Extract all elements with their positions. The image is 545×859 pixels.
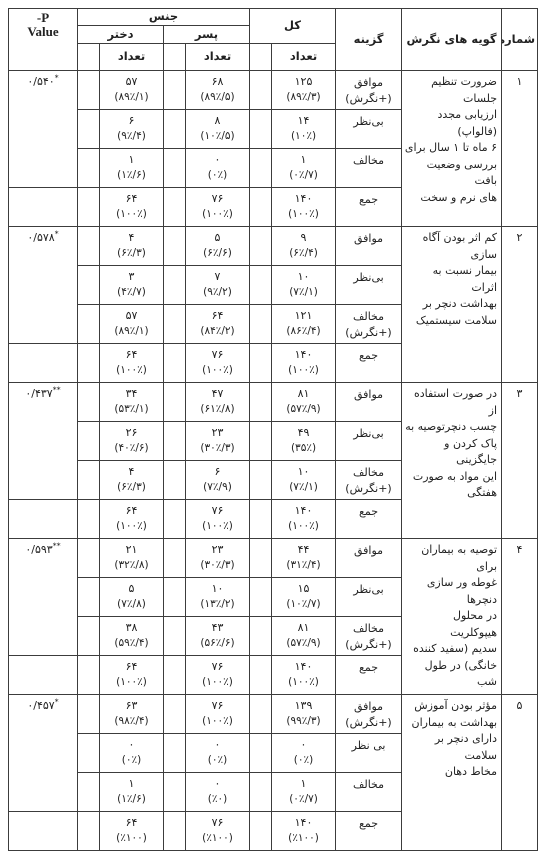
count-value: ۶ bbox=[188, 465, 247, 480]
p-value-cell: ۰/۵۹۳** bbox=[9, 539, 78, 656]
percent-value: (٪۱۰۰) bbox=[274, 831, 333, 845]
col-header-total-count: تعداد bbox=[272, 44, 336, 71]
percent-value: (۱۰۰٪) bbox=[102, 207, 161, 221]
count-value: ۲۱ bbox=[102, 543, 161, 558]
count-value: ۰ bbox=[188, 153, 247, 168]
percent-value: (۰٪) bbox=[188, 753, 247, 767]
percent-value: (۱۰۰٪) bbox=[102, 363, 161, 377]
count-value: ۱۴ bbox=[274, 114, 333, 129]
p-value: ۰/۵۴۰ bbox=[27, 75, 54, 88]
statement-number: ۴ bbox=[502, 539, 538, 695]
option-label: بی‌نظر bbox=[336, 422, 402, 461]
empty-cell bbox=[164, 383, 186, 422]
count-value: ۳۸ bbox=[102, 621, 161, 636]
empty-cell bbox=[78, 656, 100, 695]
total-count-cell: ۱۴۰(۱۰۰٪) bbox=[272, 344, 336, 383]
col-header-option: گزینه bbox=[336, 9, 402, 71]
count-value: ۵ bbox=[188, 231, 247, 246]
girl-count-cell: ۶۴(۱۰۰٪) bbox=[100, 188, 164, 227]
percent-value: (۱۰۰٪) bbox=[274, 675, 333, 689]
option-label: جمع bbox=[336, 656, 402, 695]
boy-count-cell: ۴۷(۶۱٪/۸) bbox=[186, 383, 250, 422]
percent-value: (۰٪/۷) bbox=[274, 792, 333, 806]
percent-value: (۸۹٪/۱) bbox=[102, 324, 161, 338]
boy-count-cell: ۶۸(۸۹٪/۵) bbox=[186, 71, 250, 110]
count-value: ۱ bbox=[102, 153, 161, 168]
p-value-empty-cell bbox=[9, 500, 78, 539]
total-count-cell: ۹(۶٪/۴) bbox=[272, 227, 336, 266]
p-value-cell: ۰/۴۳۷** bbox=[9, 383, 78, 500]
empty-cell bbox=[78, 188, 100, 227]
percent-value: (۷٪/۸) bbox=[102, 597, 161, 611]
count-value: ۱۴۰ bbox=[274, 192, 333, 207]
empty-cell bbox=[78, 71, 100, 110]
percent-value: (۱۰۰٪) bbox=[274, 519, 333, 533]
empty-cell bbox=[164, 695, 186, 734]
total-count-cell: ۱۰(۷٪/۱) bbox=[272, 461, 336, 500]
empty-cell bbox=[78, 266, 100, 305]
percent-value: (۶٪/۳) bbox=[102, 480, 161, 494]
empty-cell bbox=[78, 578, 100, 617]
percent-value: (۱۰۰٪) bbox=[188, 675, 247, 689]
p-value: ۰/۴۵۷ bbox=[27, 699, 54, 712]
girl-count-cell: ۱(۱٪/۶) bbox=[100, 149, 164, 188]
percent-value: (۱۰۰٪) bbox=[102, 519, 161, 533]
girl-count-cell: ۱(۱٪/۶) bbox=[100, 773, 164, 812]
percent-value: (۱۰٪) bbox=[274, 129, 333, 143]
percent-value: (۷٪/۹) bbox=[188, 480, 247, 494]
empty-cell bbox=[250, 656, 272, 695]
percent-value: (۴٪/۷) bbox=[102, 285, 161, 299]
empty-cell bbox=[78, 539, 100, 578]
p-value-empty-cell bbox=[9, 344, 78, 383]
empty-cell bbox=[250, 344, 272, 383]
count-value: ۰ bbox=[274, 738, 333, 753]
table-header: شماره گویه های نگرش گزینه کل جنس P- Valu… bbox=[9, 9, 538, 71]
count-value: ۳۴ bbox=[102, 387, 161, 402]
empty-cell bbox=[164, 539, 186, 578]
percent-value: (۱۰۰٪) bbox=[188, 714, 247, 728]
boy-count-cell: ۷۶(۱۰۰٪) bbox=[186, 695, 250, 734]
count-value: ۲۳ bbox=[188, 543, 247, 558]
boy-count-cell: ۰(۰٪) bbox=[186, 149, 250, 188]
empty-cell bbox=[78, 149, 100, 188]
option-label: جمع bbox=[336, 344, 402, 383]
count-value: ۴۳ bbox=[188, 621, 247, 636]
percent-value: (۱٪/۶) bbox=[102, 168, 161, 182]
option-label: مخالف (نگرش+) bbox=[336, 617, 402, 656]
count-value: ۶۴ bbox=[102, 192, 161, 207]
empty-cell bbox=[164, 227, 186, 266]
count-value: ۱ bbox=[274, 777, 333, 792]
girl-count-cell: ۵(۷٪/۸) bbox=[100, 578, 164, 617]
statement-text: کم اثر بودن آگاه سازی بیمار نسبت به اثرا… bbox=[402, 227, 502, 383]
count-value: ۲۳ bbox=[188, 426, 247, 441]
boy-count-cell: ۷۶(۱۰۰٪) bbox=[186, 500, 250, 539]
count-value: ۶۴ bbox=[102, 816, 161, 831]
statement-text: ضرورت تنظیم جلسات ارزیابی مجدد (فالواپ) … bbox=[402, 71, 502, 227]
empty-cell bbox=[78, 227, 100, 266]
empty-cell bbox=[250, 383, 272, 422]
empty-header-cell bbox=[164, 44, 186, 71]
total-count-cell: ۱(۰٪/۷) bbox=[272, 773, 336, 812]
boy-count-cell: ۷۶(۱۰۰٪) bbox=[186, 344, 250, 383]
empty-cell bbox=[78, 734, 100, 773]
empty-cell bbox=[250, 812, 272, 851]
girl-count-cell: ۴(۶٪/۳) bbox=[100, 227, 164, 266]
option-label: موافق (نگرش+) bbox=[336, 695, 402, 734]
percent-value: (۱۰٪/۷) bbox=[274, 597, 333, 611]
count-value: ۱۲۱ bbox=[274, 309, 333, 324]
percent-value: (۴۰٪/۶) bbox=[102, 441, 161, 455]
total-count-cell: ۱۳۹(۹۹٪/۳) bbox=[272, 695, 336, 734]
girl-count-cell: ۳(۴٪/۷) bbox=[100, 266, 164, 305]
count-value: ۷۶ bbox=[188, 504, 247, 519]
percent-value: (۳۵٪) bbox=[274, 441, 333, 455]
table-row-agree: ۲ کم اثر بودن آگاه سازی بیمار نسبت به اث… bbox=[9, 227, 538, 266]
percent-value: (٪۱۰۰) bbox=[188, 831, 247, 845]
page: { "meta": { "background": "#ffffff", "te… bbox=[0, 0, 545, 859]
empty-cell bbox=[250, 617, 272, 656]
empty-cell bbox=[78, 500, 100, 539]
col-header-boy: پسر bbox=[164, 26, 250, 44]
percent-value: (۸۹٪/۵) bbox=[188, 90, 247, 104]
total-count-cell: ۱۴۰(٪۱۰۰) bbox=[272, 812, 336, 851]
table-body: ۱ ضرورت تنظیم جلسات ارزیابی مجدد (فالواپ… bbox=[9, 71, 538, 851]
empty-cell bbox=[164, 617, 186, 656]
percent-value: (۹۹٪/۳) bbox=[274, 714, 333, 728]
empty-cell bbox=[78, 695, 100, 734]
percent-value: (۱۰۰٪) bbox=[274, 363, 333, 377]
col-header-statement: گویه های نگرش bbox=[402, 9, 502, 71]
count-value: ۱۴۰ bbox=[274, 816, 333, 831]
percent-value: (۶۱٪/۸) bbox=[188, 402, 247, 416]
total-count-cell: ۸۱(۵۷٪/۹) bbox=[272, 383, 336, 422]
girl-count-cell: ۶۴(۱۰۰٪) bbox=[100, 656, 164, 695]
count-value: ۶۴ bbox=[102, 348, 161, 363]
percent-value: (۹٪/۲) bbox=[188, 285, 247, 299]
empty-cell bbox=[250, 461, 272, 500]
empty-cell bbox=[250, 500, 272, 539]
option-label: مخالف (نگرش+) bbox=[336, 461, 402, 500]
percent-value: (۳۱٪/۴) bbox=[274, 558, 333, 572]
p-value-stars: * bbox=[55, 697, 59, 706]
count-value: ۴۹ bbox=[274, 426, 333, 441]
percent-value: (۶٪/۳) bbox=[102, 246, 161, 260]
count-value: ۲۶ bbox=[102, 426, 161, 441]
empty-cell bbox=[164, 305, 186, 344]
boy-count-cell: ۷۶(۱۰۰٪) bbox=[186, 188, 250, 227]
p-value-empty-cell bbox=[9, 812, 78, 851]
empty-cell bbox=[250, 266, 272, 305]
statement-text: در صورت استفاده از چسب دنچرتوصیه به پاک … bbox=[402, 383, 502, 539]
total-count-cell: ۱۲۵(۸۹٪/۳) bbox=[272, 71, 336, 110]
count-value: ۱۰ bbox=[274, 465, 333, 480]
count-value: ۱۴۰ bbox=[274, 660, 333, 675]
empty-cell bbox=[164, 110, 186, 149]
option-label: مخالف (نگرش+) bbox=[336, 305, 402, 344]
empty-cell bbox=[164, 266, 186, 305]
option-label: جمع bbox=[336, 500, 402, 539]
boy-count-cell: ۲۳(۳۰٪/۳) bbox=[186, 539, 250, 578]
percent-value: (۷٪/۱) bbox=[274, 285, 333, 299]
option-label: موافق bbox=[336, 539, 402, 578]
statement-text: مؤثر بودن آموزش بهداشت به بیماران دارای … bbox=[402, 695, 502, 851]
girl-count-cell: ۲۶(۴۰٪/۶) bbox=[100, 422, 164, 461]
total-count-cell: ۱۴۰(۱۰۰٪) bbox=[272, 656, 336, 695]
boy-count-cell: ۶(۷٪/۹) bbox=[186, 461, 250, 500]
statement-text: توصیه به بیماران برای غوطه ور سازی دنچره… bbox=[402, 539, 502, 695]
col-header-girl: دختر bbox=[78, 26, 164, 44]
boy-count-cell: ۷(۹٪/۲) bbox=[186, 266, 250, 305]
empty-cell bbox=[78, 461, 100, 500]
percent-value: (۵۷٪/۹) bbox=[274, 636, 333, 650]
empty-cell bbox=[78, 812, 100, 851]
percent-value: (۱٪/۶) bbox=[102, 792, 161, 806]
girl-count-cell: ۵۷(۸۹٪/۱) bbox=[100, 305, 164, 344]
count-value: ۱۳۹ bbox=[274, 699, 333, 714]
empty-cell bbox=[250, 188, 272, 227]
percent-value: (۹۸٪/۴) bbox=[102, 714, 161, 728]
empty-cell bbox=[78, 617, 100, 656]
statement-number: ۱ bbox=[502, 71, 538, 227]
percent-value: (۸۹٪/۱) bbox=[102, 90, 161, 104]
boy-count-cell: ۰(٪۰) bbox=[186, 773, 250, 812]
percent-value: (٪۱۰۰) bbox=[102, 831, 161, 845]
count-value: ۷۶ bbox=[188, 699, 247, 714]
table-row-agree: ۳ در صورت استفاده از چسب دنچرتوصیه به پا… bbox=[9, 383, 538, 422]
header-row-1: شماره گویه های نگرش گزینه کل جنس P- Valu… bbox=[9, 9, 538, 26]
empty-cell bbox=[78, 110, 100, 149]
percent-value: (۱۰۰٪) bbox=[102, 675, 161, 689]
percent-value: (۹٪/۴) bbox=[102, 129, 161, 143]
col-header-number: شماره bbox=[502, 9, 538, 71]
pvalue-header-line1: P- bbox=[11, 11, 75, 25]
empty-cell bbox=[164, 773, 186, 812]
total-count-cell: ۴۹(۳۵٪) bbox=[272, 422, 336, 461]
boy-count-cell: ۱۰(۱۳٪/۲) bbox=[186, 578, 250, 617]
empty-cell bbox=[164, 734, 186, 773]
empty-cell bbox=[250, 773, 272, 812]
option-label: موافق (نگرش+) bbox=[336, 71, 402, 110]
count-value: ۳ bbox=[102, 270, 161, 285]
empty-cell bbox=[78, 383, 100, 422]
p-value-cell: ۰/۴۵۷* bbox=[9, 695, 78, 812]
girl-count-cell: ۶۴(۱۰۰٪) bbox=[100, 344, 164, 383]
count-value: ۴۷ bbox=[188, 387, 247, 402]
total-count-cell: ۱۰(۷٪/۱) bbox=[272, 266, 336, 305]
table-row-agree: ۱ ضرورت تنظیم جلسات ارزیابی مجدد (فالواپ… bbox=[9, 71, 538, 110]
percent-value: (۶٪/۶) bbox=[188, 246, 247, 260]
empty-cell bbox=[250, 539, 272, 578]
percent-value: (۱۰۰٪) bbox=[188, 207, 247, 221]
count-value: ۰ bbox=[188, 738, 247, 753]
table-row-agree: ۴ توصیه به بیماران برای غوطه ور سازی دنچ… bbox=[9, 539, 538, 578]
count-value: ۷۶ bbox=[188, 348, 247, 363]
count-value: ۶۸ bbox=[188, 75, 247, 90]
empty-cell bbox=[250, 227, 272, 266]
table-row-agree: ۵ مؤثر بودن آموزش بهداشت به بیماران دارا… bbox=[9, 695, 538, 734]
empty-cell bbox=[164, 344, 186, 383]
count-value: ۷۶ bbox=[188, 192, 247, 207]
percent-value: (۳۰٪/۳) bbox=[188, 441, 247, 455]
option-label: جمع bbox=[336, 812, 402, 851]
p-value: ۰/۴۳۷ bbox=[25, 387, 52, 400]
count-value: ۴ bbox=[102, 231, 161, 246]
count-value: ۱۰ bbox=[274, 270, 333, 285]
col-header-boy-count: تعداد bbox=[186, 44, 250, 71]
girl-count-cell: ۶۴(۱۰۰٪) bbox=[100, 500, 164, 539]
empty-cell bbox=[78, 773, 100, 812]
count-value: ۱۰ bbox=[188, 582, 247, 597]
option-label: بی‌نظر bbox=[336, 578, 402, 617]
empty-cell bbox=[250, 305, 272, 344]
count-value: ۵۷ bbox=[102, 75, 161, 90]
p-value: ۰/۵۹۳ bbox=[25, 543, 52, 556]
count-value: ۶۴ bbox=[188, 309, 247, 324]
percent-value: (۵۷٪/۹) bbox=[274, 402, 333, 416]
col-header-pvalue: P- Value bbox=[9, 9, 78, 71]
total-count-cell: ۱۴(۱۰٪) bbox=[272, 110, 336, 149]
count-value: ۸۱ bbox=[274, 621, 333, 636]
count-value: ۱۲۵ bbox=[274, 75, 333, 90]
option-label: مخالف bbox=[336, 149, 402, 188]
percent-value: (۶٪/۴) bbox=[274, 246, 333, 260]
count-value: ۹ bbox=[274, 231, 333, 246]
boy-count-cell: ۰(۰٪) bbox=[186, 734, 250, 773]
p-value: ۰/۵۷۸ bbox=[27, 231, 54, 244]
option-label: موافق bbox=[336, 227, 402, 266]
total-count-cell: ۱۵(۱۰٪/۷) bbox=[272, 578, 336, 617]
percent-value: (۰٪) bbox=[188, 168, 247, 182]
girl-count-cell: ۳۴(۵۳٪/۱) bbox=[100, 383, 164, 422]
count-value: ۴۴ bbox=[274, 543, 333, 558]
percent-value: (۰٪/۷) bbox=[274, 168, 333, 182]
empty-cell bbox=[250, 422, 272, 461]
count-value: ۵ bbox=[102, 582, 161, 597]
boy-count-cell: ۲۳(۳۰٪/۳) bbox=[186, 422, 250, 461]
percent-value: (۸۶٪/۴) bbox=[274, 324, 333, 338]
percent-value: (۸۴٪/۲) bbox=[188, 324, 247, 338]
percent-value: (۵۶٪/۶) bbox=[188, 636, 247, 650]
girl-count-cell: ۰(۰٪) bbox=[100, 734, 164, 773]
option-label: جمع bbox=[336, 188, 402, 227]
count-value: ۷۶ bbox=[188, 660, 247, 675]
percent-value: (۰٪) bbox=[274, 753, 333, 767]
empty-cell bbox=[164, 500, 186, 539]
count-value: ۱ bbox=[102, 777, 161, 792]
empty-cell bbox=[78, 422, 100, 461]
boy-count-cell: ۵(۶٪/۶) bbox=[186, 227, 250, 266]
empty-cell bbox=[250, 110, 272, 149]
p-value-stars: * bbox=[55, 229, 59, 238]
total-count-cell: ۰(۰٪) bbox=[272, 734, 336, 773]
boy-count-cell: ۷۶(٪۱۰۰) bbox=[186, 812, 250, 851]
total-count-cell: ۱۴۰(۱۰۰٪) bbox=[272, 500, 336, 539]
girl-count-cell: ۶(۹٪/۴) bbox=[100, 110, 164, 149]
p-value-stars: ** bbox=[53, 385, 61, 394]
total-count-cell: ۱(۰٪/۷) bbox=[272, 149, 336, 188]
boy-count-cell: ۸(۱۰٪/۵) bbox=[186, 110, 250, 149]
girl-count-cell: ۶۴(٪۱۰۰) bbox=[100, 812, 164, 851]
p-value-empty-cell bbox=[9, 656, 78, 695]
percent-value: (۸۹٪/۳) bbox=[274, 90, 333, 104]
count-value: ۱۴۰ bbox=[274, 348, 333, 363]
empty-header-cell bbox=[78, 44, 100, 71]
option-label: بی‌نظر bbox=[336, 110, 402, 149]
percent-value: (۵۹٪/۴) bbox=[102, 636, 161, 650]
empty-cell bbox=[164, 461, 186, 500]
statement-number: ۵ bbox=[502, 695, 538, 851]
option-label: بی‌نظر bbox=[336, 266, 402, 305]
statement-number: ۲ bbox=[502, 227, 538, 383]
count-value: ۰ bbox=[188, 777, 247, 792]
percent-value: (۱۰٪/۵) bbox=[188, 129, 247, 143]
count-value: ۷۶ bbox=[188, 816, 247, 831]
count-value: ۸ bbox=[188, 114, 247, 129]
count-value: ۴ bbox=[102, 465, 161, 480]
girl-count-cell: ۵۷(۸۹٪/۱) bbox=[100, 71, 164, 110]
boy-count-cell: ۴۳(۵۶٪/۶) bbox=[186, 617, 250, 656]
total-count-cell: ۴۴(۳۱٪/۴) bbox=[272, 539, 336, 578]
empty-cell bbox=[164, 578, 186, 617]
percent-value: (۱۰۰٪) bbox=[274, 207, 333, 221]
empty-header-cell bbox=[250, 44, 272, 71]
empty-cell bbox=[164, 188, 186, 227]
empty-cell bbox=[78, 305, 100, 344]
empty-cell bbox=[78, 344, 100, 383]
count-value: ۶۴ bbox=[102, 504, 161, 519]
empty-cell bbox=[250, 734, 272, 773]
option-label: موافق bbox=[336, 383, 402, 422]
empty-cell bbox=[164, 422, 186, 461]
boy-count-cell: ۶۴(۸۴٪/۲) bbox=[186, 305, 250, 344]
percent-value: (۵۳٪/۱) bbox=[102, 402, 161, 416]
percent-value: (۱۳٪/۲) bbox=[188, 597, 247, 611]
percent-value: (۰٪) bbox=[102, 753, 161, 767]
empty-cell bbox=[250, 71, 272, 110]
p-value-stars: ** bbox=[53, 541, 61, 550]
percent-value: (۷٪/۱) bbox=[274, 480, 333, 494]
girl-count-cell: ۶۳(۹۸٪/۴) bbox=[100, 695, 164, 734]
percent-value: (۱۰۰٪) bbox=[188, 363, 247, 377]
percent-value: (۱۰۰٪) bbox=[188, 519, 247, 533]
total-count-cell: ۱۲۱(۸۶٪/۴) bbox=[272, 305, 336, 344]
percent-value: (۳۲٪/۸) bbox=[102, 558, 161, 572]
empty-cell bbox=[250, 578, 272, 617]
col-header-gender: جنس bbox=[78, 9, 250, 26]
total-count-cell: ۱۴۰(۱۰۰٪) bbox=[272, 188, 336, 227]
p-value-cell: ۰/۵۴۰* bbox=[9, 71, 78, 188]
count-value: ۶ bbox=[102, 114, 161, 129]
pvalue-header-line2: Value bbox=[11, 25, 75, 39]
count-value: ۵۷ bbox=[102, 309, 161, 324]
total-count-cell: ۸۱(۵۷٪/۹) bbox=[272, 617, 336, 656]
percent-value: (۳۰٪/۳) bbox=[188, 558, 247, 572]
col-header-total: کل bbox=[250, 9, 336, 44]
statement-number: ۳ bbox=[502, 383, 538, 539]
empty-cell bbox=[250, 695, 272, 734]
count-value: ۷ bbox=[188, 270, 247, 285]
empty-cell bbox=[250, 149, 272, 188]
count-value: ۰ bbox=[102, 738, 161, 753]
girl-count-cell: ۴(۶٪/۳) bbox=[100, 461, 164, 500]
count-value: ۶۳ bbox=[102, 699, 161, 714]
p-value-cell: ۰/۵۷۸* bbox=[9, 227, 78, 344]
option-label: مخالف bbox=[336, 773, 402, 812]
p-value-stars: * bbox=[55, 73, 59, 82]
count-value: ۸۱ bbox=[274, 387, 333, 402]
